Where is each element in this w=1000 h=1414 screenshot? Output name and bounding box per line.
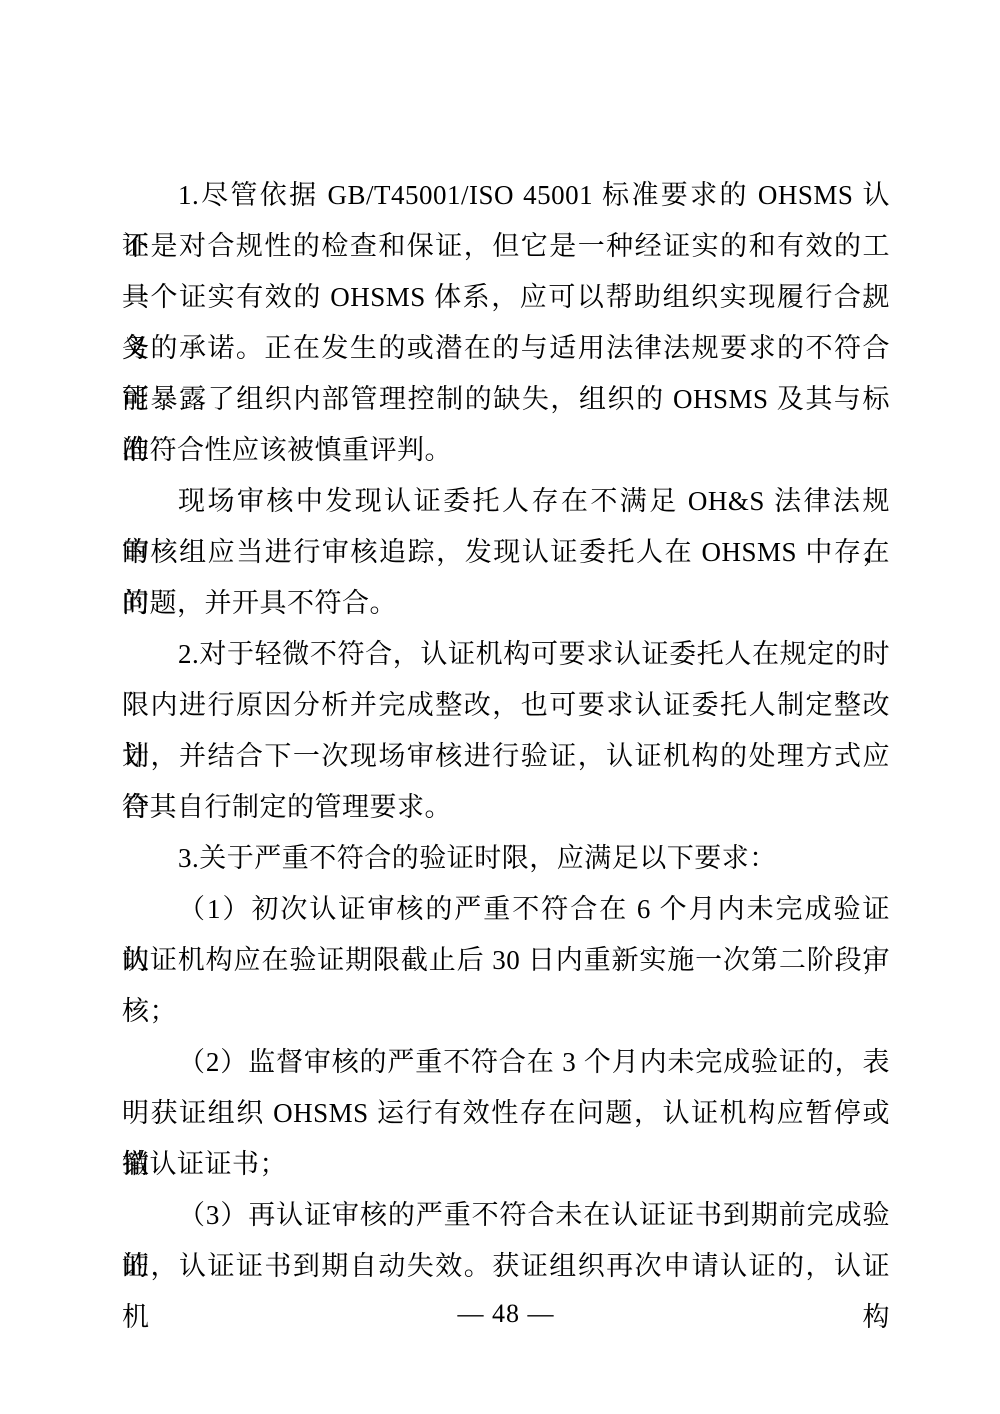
text-line: 务的承诺。正在发生的或潜在的与适用法律法规要求的不符合可 [122, 323, 890, 374]
text-line: 认证机构应在验证期限截止后 30 日内重新实施一次第二阶段审 [122, 935, 890, 986]
paragraph: 3.关于严重不符合的验证时限，应满足以下要求： [122, 833, 890, 884]
paragraph: （2）监督审核的严重不符合在 3 个月内未完成验证的，表明获证组织 OHSMS … [122, 1037, 890, 1190]
text-line: 的，认证证书到期自动失效。获证组织再次申请认证的，认证机构 [122, 1241, 890, 1292]
text-line: 现场审核中发现认证委托人存在不满足 OH&S 法律法规的， [122, 476, 890, 527]
paragraph: （1）初次认证审核的严重不符合在 6 个月内未完成验证的，认证机构应在验证期限截… [122, 884, 890, 1037]
text-line: 审核组应当进行审核追踪，发现认证委托人在 OHSMS 中存在的 [122, 527, 890, 578]
text-line: 限内进行原因分析并完成整改，也可要求认证委托人制定整改计 [122, 680, 890, 731]
text-line: （1）初次认证审核的严重不符合在 6 个月内未完成验证的， [122, 884, 890, 935]
text-line: 销认证证书； [122, 1139, 890, 1190]
text-line: 的符合性应该被慎重评判。 [122, 425, 890, 476]
text-line: 合其自行制定的管理要求。 [122, 782, 890, 833]
text-line: 划，并结合下一次现场审核进行验证，认证机构的处理方式应符 [122, 731, 890, 782]
text-line: （2）监督审核的严重不符合在 3 个月内未完成验证的，表 [122, 1037, 890, 1088]
paragraph: 2.对于轻微不符合，认证机构可要求认证委托人在规定的时限内进行原因分析并完成整改… [122, 629, 890, 833]
paragraph: 1.尽管依据 GB/T45001/ISO 45001 标准要求的 OHSMS 认… [122, 170, 890, 476]
text-line: （3）再认证审核的严重不符合未在认证证书到期前完成验证 [122, 1190, 890, 1241]
paragraph: 现场审核中发现认证委托人存在不满足 OH&S 法律法规的，审核组应当进行审核追踪… [122, 476, 890, 629]
document-page: 1.尽管依据 GB/T45001/ISO 45001 标准要求的 OHSMS 认… [0, 0, 1000, 1414]
page-number: — 48 — [122, 1288, 890, 1339]
text-line: 核； [122, 986, 890, 1037]
text-line: 能暴露了组织内部管理控制的缺失，组织的 OHSMS 及其与标准 [122, 374, 890, 425]
text-line: 明获证组织 OHSMS 运行有效性存在问题，认证机构应暂停或撤 [122, 1088, 890, 1139]
text-line: 1.尽管依据 GB/T45001/ISO 45001 标准要求的 OHSMS 认… [122, 170, 890, 221]
text-line: 3.关于严重不符合的验证时限，应满足以下要求： [122, 833, 890, 884]
text-line: 2.对于轻微不符合，认证机构可要求认证委托人在规定的时 [122, 629, 890, 680]
text-line: 一个证实有效的 OHSMS 体系，应可以帮助组织实现履行合规义 [122, 272, 890, 323]
paragraph: （3）再认证审核的严重不符合未在认证证书到期前完成验证的，认证证书到期自动失效。… [122, 1190, 890, 1292]
text-line: 问题，并开具不符合。 [122, 578, 890, 629]
text-line: 不是对合规性的检查和保证，但它是一种经证实的和有效的工具。 [122, 221, 890, 272]
document-body: 1.尽管依据 GB/T45001/ISO 45001 标准要求的 OHSMS 认… [122, 170, 890, 1292]
